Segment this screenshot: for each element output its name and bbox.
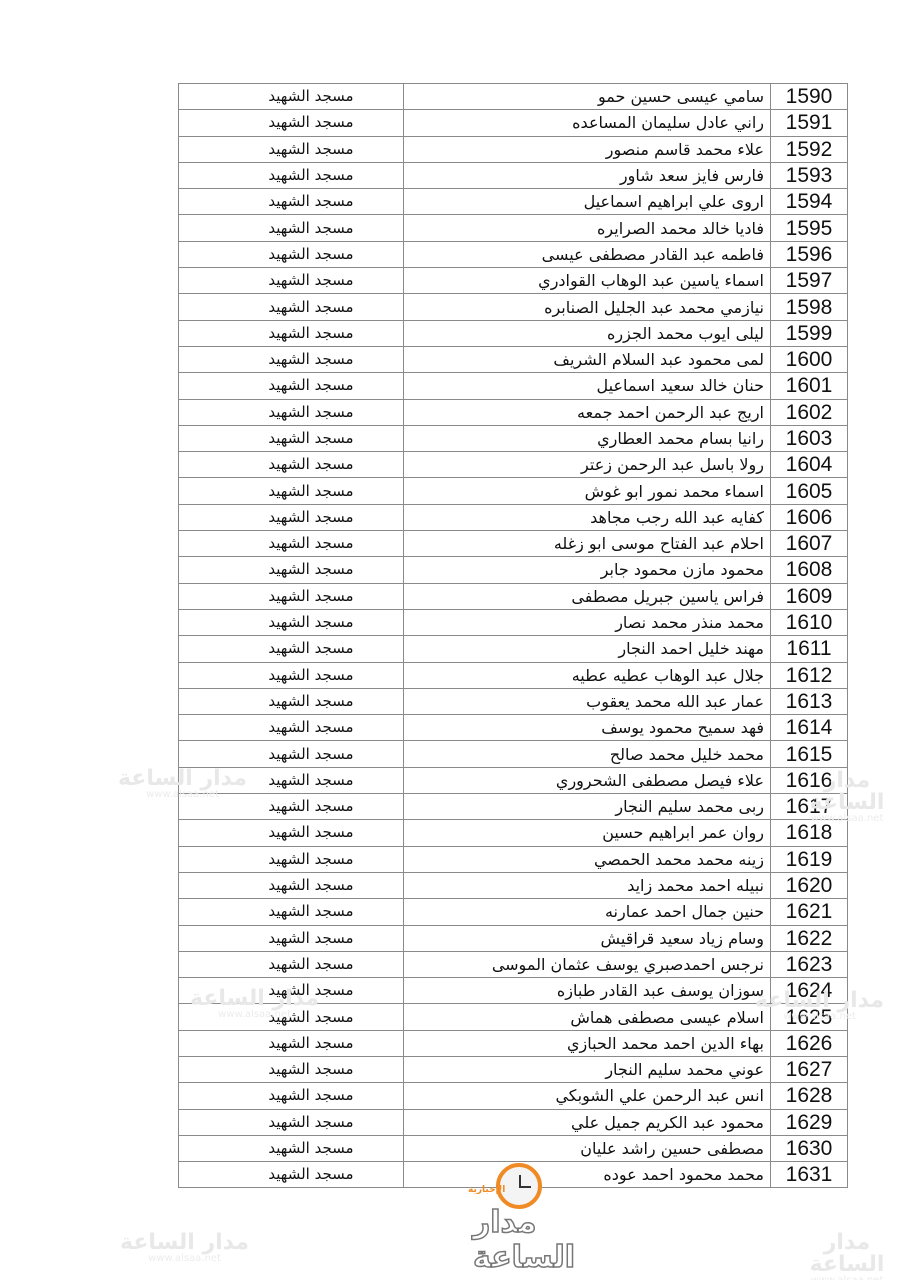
person-name: نرجس احمدصبري يوسف عثمان الموسى bbox=[404, 951, 771, 977]
table-row: 1630مصطفى حسين راشد عليانمسجد الشهيد bbox=[179, 1135, 848, 1161]
table-row: 1595فاديا خالد محمد الصرايرهمسجد الشهيد bbox=[179, 215, 848, 241]
person-name: ليلى ايوب محمد الجزره bbox=[404, 320, 771, 346]
location-cell: مسجد الشهيد bbox=[179, 189, 404, 215]
table-row: 1622وسام زياد سعيد قراقيشمسجد الشهيد bbox=[179, 925, 848, 951]
location-text: مسجد الشهيد bbox=[268, 587, 353, 605]
location-text: مسجد الشهيد bbox=[268, 376, 353, 394]
watermark-url: www.alsaa.net bbox=[790, 1276, 904, 1280]
table-row: 1611مهند خليل احمد النجارمسجد الشهيد bbox=[179, 636, 848, 662]
location-text: مسجد الشهيد bbox=[268, 1060, 353, 1078]
location-text: مسجد الشهيد bbox=[268, 1139, 353, 1157]
row-number: 1621 bbox=[771, 899, 848, 925]
row-number: 1602 bbox=[771, 399, 848, 425]
roster-table: 1590سامي عيسى حسين حمومسجد الشهيد1591ران… bbox=[178, 83, 848, 1188]
person-name: علاء فيصل مصطفى الشحروري bbox=[404, 767, 771, 793]
person-name: انس عبد الرحمن علي الشوبكي bbox=[404, 1083, 771, 1109]
table-row: 1612جلال عبد الوهاب عطيه عطيهمسجد الشهيد bbox=[179, 662, 848, 688]
table-row: 1610محمد منذر محمد نصارمسجد الشهيد bbox=[179, 609, 848, 635]
location-cell: مسجد الشهيد bbox=[179, 478, 404, 504]
location-text: مسجد الشهيد bbox=[268, 666, 353, 684]
location-text: مسجد الشهيد bbox=[268, 455, 353, 473]
person-name: ربى محمد سليم النجار bbox=[404, 794, 771, 820]
location-cell: مسجد الشهيد bbox=[179, 1109, 404, 1135]
person-name: سامي عيسى حسين حمو bbox=[404, 84, 771, 110]
person-name: فهد سميح محمود يوسف bbox=[404, 715, 771, 741]
table-row: 1618روان عمر ابراهيم حسينمسجد الشهيد bbox=[179, 820, 848, 846]
location-cell: مسجد الشهيد bbox=[179, 899, 404, 925]
location-text: مسجد الشهيد bbox=[268, 429, 353, 447]
table-row: 1599ليلى ايوب محمد الجزرهمسجد الشهيد bbox=[179, 320, 848, 346]
row-number: 1595 bbox=[771, 215, 848, 241]
person-name: جلال عبد الوهاب عطيه عطيه bbox=[404, 662, 771, 688]
person-name: نبيله احمد محمد زايد bbox=[404, 872, 771, 898]
location-cell: مسجد الشهيد bbox=[179, 84, 404, 110]
row-number: 1613 bbox=[771, 688, 848, 714]
location-text: مسجد الشهيد bbox=[268, 1113, 353, 1131]
row-number: 1608 bbox=[771, 557, 848, 583]
row-number: 1601 bbox=[771, 373, 848, 399]
location-cell: مسجد الشهيد bbox=[179, 241, 404, 267]
row-number: 1630 bbox=[771, 1135, 848, 1161]
location-text: مسجد الشهيد bbox=[268, 219, 353, 237]
row-number: 1590 bbox=[771, 84, 848, 110]
table-row: 1617ربى محمد سليم النجارمسجد الشهيد bbox=[179, 794, 848, 820]
location-text: مسجد الشهيد bbox=[268, 929, 353, 947]
location-cell: مسجد الشهيد bbox=[179, 452, 404, 478]
watermark-url: www.alsaa.net bbox=[190, 1010, 319, 1020]
table-row: 1594اروى علي ابراهيم اسماعيلمسجد الشهيد bbox=[179, 189, 848, 215]
location-text: مسجد الشهيد bbox=[268, 87, 353, 105]
location-text: مسجد الشهيد bbox=[268, 192, 353, 210]
row-number: 1622 bbox=[771, 925, 848, 951]
location-text: مسجد الشهيد bbox=[268, 613, 353, 631]
location-text: مسجد الشهيد bbox=[268, 823, 353, 841]
location-cell: مسجد الشهيد bbox=[179, 1135, 404, 1161]
table-row: 1597اسماء ياسين عبد الوهاب القوادريمسجد … bbox=[179, 268, 848, 294]
location-text: مسجد الشهيد bbox=[268, 482, 353, 500]
watermark-center-left: مدار الساعة www.alsaa.net bbox=[190, 988, 319, 1020]
person-name: اسماء ياسين عبد الوهاب القوادري bbox=[404, 268, 771, 294]
location-text: مسجد الشهيد bbox=[268, 140, 353, 158]
row-number: 1603 bbox=[771, 425, 848, 451]
location-cell: مسجد الشهيد bbox=[179, 609, 404, 635]
person-name: لمى محمود عبد السلام الشريف bbox=[404, 346, 771, 372]
location-cell: مسجد الشهيد bbox=[179, 215, 404, 241]
row-number: 1610 bbox=[771, 609, 848, 635]
table-row: 1623نرجس احمدصبري يوسف عثمان الموسىمسجد … bbox=[179, 951, 848, 977]
person-name: محمود عبد الكريم جميل علي bbox=[404, 1109, 771, 1135]
row-number: 1600 bbox=[771, 346, 848, 372]
table-row: 1609فراس ياسين جبريل مصطفىمسجد الشهيد bbox=[179, 583, 848, 609]
location-cell: مسجد الشهيد bbox=[179, 715, 404, 741]
table-row: 1613عمار عبد الله محمد يعقوبمسجد الشهيد bbox=[179, 688, 848, 714]
person-name: عمار عبد الله محمد يعقوب bbox=[404, 688, 771, 714]
watermark-url: www.alsaa.net bbox=[120, 1254, 249, 1264]
location-text: مسجد الشهيد bbox=[268, 166, 353, 184]
person-name: علاء محمد قاسم منصور bbox=[404, 136, 771, 162]
person-name: بهاء الدين احمد محمد الحبازي bbox=[404, 1030, 771, 1056]
table-row: 1629محمود عبد الكريم جميل عليمسجد الشهيد bbox=[179, 1109, 848, 1135]
person-name: اريج عبد الرحمن احمد جمعه bbox=[404, 399, 771, 425]
watermark-brand: مدار الساعة bbox=[790, 770, 904, 814]
location-cell: مسجد الشهيد bbox=[179, 1162, 404, 1188]
person-name: فاطمه عبد القادر مصطفى عيسى bbox=[404, 241, 771, 267]
person-name: اسلام عيسى مصطفى هماش bbox=[404, 1004, 771, 1030]
location-text: مسجد الشهيد bbox=[268, 692, 353, 710]
location-cell: مسجد الشهيد bbox=[179, 1056, 404, 1082]
person-name: كفايه عبد الله رجب مجاهد bbox=[404, 504, 771, 530]
location-text: مسجد الشهيد bbox=[268, 403, 353, 421]
person-name: فراس ياسين جبريل مصطفى bbox=[404, 583, 771, 609]
table-row: 1627عوني محمد سليم النجارمسجد الشهيد bbox=[179, 1056, 848, 1082]
row-number: 1629 bbox=[771, 1109, 848, 1135]
location-cell: مسجد الشهيد bbox=[179, 162, 404, 188]
row-number: 1619 bbox=[771, 846, 848, 872]
logo-brand-text: مدار الساعة bbox=[473, 1205, 578, 1275]
location-text: مسجد الشهيد bbox=[268, 876, 353, 894]
table-row: 1606كفايه عبد الله رجب مجاهدمسجد الشهيد bbox=[179, 504, 848, 530]
watermark-center-right: مدار الساعة www.alsaa.net bbox=[755, 990, 884, 1022]
location-cell: مسجد الشهيد bbox=[179, 373, 404, 399]
person-name: حنان خالد سعيد اسماعيل bbox=[404, 373, 771, 399]
person-name: رولا باسل عبد الرحمن زعتر bbox=[404, 452, 771, 478]
location-cell: مسجد الشهيد bbox=[179, 951, 404, 977]
row-number: 1627 bbox=[771, 1056, 848, 1082]
location-text: مسجد الشهيد bbox=[268, 324, 353, 342]
location-text: مسجد الشهيد bbox=[268, 639, 353, 657]
watermark-brand: مدار الساعة bbox=[755, 990, 884, 1012]
location-cell: مسجد الشهيد bbox=[179, 110, 404, 136]
row-number: 1605 bbox=[771, 478, 848, 504]
table-row: 1619زينه محمد محمد الحمصيمسجد الشهيد bbox=[179, 846, 848, 872]
roster-table-body: 1590سامي عيسى حسين حمومسجد الشهيد1591ران… bbox=[179, 84, 848, 1188]
table-row: 1628انس عبد الرحمن علي الشوبكيمسجد الشهي… bbox=[179, 1083, 848, 1109]
location-cell: مسجد الشهيد bbox=[179, 820, 404, 846]
person-name: عوني محمد سليم النجار bbox=[404, 1056, 771, 1082]
person-name: اروى علي ابراهيم اسماعيل bbox=[404, 189, 771, 215]
row-number: 1607 bbox=[771, 531, 848, 557]
person-name: حنين جمال احمد عمارنه bbox=[404, 899, 771, 925]
row-number: 1597 bbox=[771, 268, 848, 294]
table-row: 1621حنين جمال احمد عمارنهمسجد الشهيد bbox=[179, 899, 848, 925]
location-text: مسجد الشهيد bbox=[268, 718, 353, 736]
watermark-brand: مدار الساعة bbox=[790, 1232, 904, 1276]
row-number: 1612 bbox=[771, 662, 848, 688]
watermark-brand: مدار الساعة bbox=[190, 988, 319, 1010]
location-cell: مسجد الشهيد bbox=[179, 346, 404, 372]
location-cell: مسجد الشهيد bbox=[179, 662, 404, 688]
location-cell: مسجد الشهيد bbox=[179, 320, 404, 346]
row-number: 1631 bbox=[771, 1162, 848, 1188]
location-text: مسجد الشهيد bbox=[268, 850, 353, 868]
watermark-right: مدار الساعة www.alsaa.net bbox=[790, 770, 904, 824]
row-number: 1620 bbox=[771, 872, 848, 898]
person-name: سوزان يوسف عبد القادر طبازه bbox=[404, 978, 771, 1004]
row-number: 1611 bbox=[771, 636, 848, 662]
location-cell: مسجد الشهيد bbox=[179, 557, 404, 583]
person-name: احلام عبد الفتاح موسى ابو زغله bbox=[404, 531, 771, 557]
location-cell: مسجد الشهيد bbox=[179, 636, 404, 662]
table-row: 1604رولا باسل عبد الرحمن زعترمسجد الشهيد bbox=[179, 452, 848, 478]
row-number: 1623 bbox=[771, 951, 848, 977]
location-text: مسجد الشهيد bbox=[268, 797, 353, 815]
person-name: زينه محمد محمد الحمصي bbox=[404, 846, 771, 872]
table-row: 1605اسماء محمد نمور ابو غوشمسجد الشهيد bbox=[179, 478, 848, 504]
row-number: 1604 bbox=[771, 452, 848, 478]
watermark-url: www.alsaa.net bbox=[755, 1012, 884, 1022]
table-row: 1615محمد خليل محمد صالحمسجد الشهيد bbox=[179, 741, 848, 767]
row-number: 1594 bbox=[771, 189, 848, 215]
row-number: 1596 bbox=[771, 241, 848, 267]
location-cell: مسجد الشهيد bbox=[179, 688, 404, 714]
table-row: 1614فهد سميح محمود يوسفمسجد الشهيد bbox=[179, 715, 848, 741]
location-cell: مسجد الشهيد bbox=[179, 294, 404, 320]
location-text: مسجد الشهيد bbox=[268, 271, 353, 289]
location-text: مسجد الشهيد bbox=[268, 560, 353, 578]
watermark-left: مدار الساعة www.alsaa.net bbox=[118, 768, 247, 800]
table-row: 1598نيازمي محمد عبد الجليل الصنابرهمسجد … bbox=[179, 294, 848, 320]
table-row: 1620نبيله احمد محمد زايدمسجد الشهيد bbox=[179, 872, 848, 898]
location-cell: مسجد الشهيد bbox=[179, 504, 404, 530]
table-row: 1602اريج عبد الرحمن احمد جمعهمسجد الشهيد bbox=[179, 399, 848, 425]
location-text: مسجد الشهيد bbox=[268, 1086, 353, 1104]
person-name: روان عمر ابراهيم حسين bbox=[404, 820, 771, 846]
table-row: 1592علاء محمد قاسم منصورمسجد الشهيد bbox=[179, 136, 848, 162]
row-number: 1628 bbox=[771, 1083, 848, 1109]
table-row: 1626بهاء الدين احمد محمد الحبازيمسجد الش… bbox=[179, 1030, 848, 1056]
document-page: 1590سامي عيسى حسين حمومسجد الشهيد1591ران… bbox=[0, 0, 904, 1280]
person-name: نيازمي محمد عبد الجليل الصنابره bbox=[404, 294, 771, 320]
location-text: مسجد الشهيد bbox=[268, 902, 353, 920]
location-text: مسجد الشهيد bbox=[268, 1165, 353, 1183]
location-text: مسجد الشهيد bbox=[268, 1034, 353, 1052]
person-name: مهند خليل احمد النجار bbox=[404, 636, 771, 662]
person-name: محمود مازن محمود جابر bbox=[404, 557, 771, 583]
table-row: 1603رانيا بسام محمد العطاريمسجد الشهيد bbox=[179, 425, 848, 451]
watermark-bottom-left: مدار الساعة www.alsaa.net bbox=[120, 1232, 249, 1264]
person-name: رانيا بسام محمد العطاري bbox=[404, 425, 771, 451]
person-name: مصطفى حسين راشد عليان bbox=[404, 1135, 771, 1161]
table-row: 1591راني عادل سليمان المساعدهمسجد الشهيد bbox=[179, 110, 848, 136]
row-number: 1626 bbox=[771, 1030, 848, 1056]
location-cell: مسجد الشهيد bbox=[179, 268, 404, 294]
person-name: محمد منذر محمد نصار bbox=[404, 609, 771, 635]
person-name: وسام زياد سعيد قراقيش bbox=[404, 925, 771, 951]
table-row: 1607احلام عبد الفتاح موسى ابو زغلهمسجد ا… bbox=[179, 531, 848, 557]
row-number: 1593 bbox=[771, 162, 848, 188]
location-cell: مسجد الشهيد bbox=[179, 741, 404, 767]
location-cell: مسجد الشهيد bbox=[179, 872, 404, 898]
watermark-brand: مدار الساعة bbox=[120, 1232, 249, 1254]
person-name: فارس فايز سعد شاور bbox=[404, 162, 771, 188]
location-text: مسجد الشهيد bbox=[268, 745, 353, 763]
person-name: فاديا خالد محمد الصرايره bbox=[404, 215, 771, 241]
row-number: 1599 bbox=[771, 320, 848, 346]
location-cell: مسجد الشهيد bbox=[179, 1083, 404, 1109]
location-text: مسجد الشهيد bbox=[268, 508, 353, 526]
person-name: راني عادل سليمان المساعده bbox=[404, 110, 771, 136]
person-name: محمد محمود احمد عوده bbox=[404, 1162, 771, 1188]
table-row: 1600لمى محمود عبد السلام الشريفمسجد الشه… bbox=[179, 346, 848, 372]
location-text: مسجد الشهيد bbox=[268, 534, 353, 552]
location-text: مسجد الشهيد bbox=[268, 771, 353, 789]
row-number: 1598 bbox=[771, 294, 848, 320]
location-cell: مسجد الشهيد bbox=[179, 531, 404, 557]
watermark-url: www.alsaa.net bbox=[790, 814, 904, 824]
row-number: 1609 bbox=[771, 583, 848, 609]
table-row: 1601حنان خالد سعيد اسماعيلمسجد الشهيد bbox=[179, 373, 848, 399]
location-cell: مسجد الشهيد bbox=[179, 136, 404, 162]
table-row: 1593فارس فايز سعد شاورمسجد الشهيد bbox=[179, 162, 848, 188]
location-text: مسجد الشهيد bbox=[268, 245, 353, 263]
location-cell: مسجد الشهيد bbox=[179, 846, 404, 872]
row-number: 1614 bbox=[771, 715, 848, 741]
watermark-bottom-right: مدار الساعة www.alsaa.net bbox=[790, 1232, 904, 1280]
logo-tagline: الإخبارية bbox=[468, 1185, 505, 1195]
row-number: 1615 bbox=[771, 741, 848, 767]
location-text: مسجد الشهيد bbox=[268, 113, 353, 131]
location-cell: مسجد الشهيد bbox=[179, 1030, 404, 1056]
row-number: 1606 bbox=[771, 504, 848, 530]
table-row: 1590سامي عيسى حسين حمومسجد الشهيد bbox=[179, 84, 848, 110]
watermark-url: www.alsaa.net bbox=[118, 790, 247, 800]
location-cell: مسجد الشهيد bbox=[179, 425, 404, 451]
brand-logo: الإخبارية مدار الساعة bbox=[468, 1163, 578, 1243]
location-cell: مسجد الشهيد bbox=[179, 399, 404, 425]
location-cell: مسجد الشهيد bbox=[179, 583, 404, 609]
location-cell: مسجد الشهيد bbox=[179, 925, 404, 951]
location-text: مسجد الشهيد bbox=[268, 955, 353, 973]
location-text: مسجد الشهيد bbox=[268, 350, 353, 368]
table-row: 1616علاء فيصل مصطفى الشحروريمسجد الشهيد bbox=[179, 767, 848, 793]
person-name: محمد خليل محمد صالح bbox=[404, 741, 771, 767]
table-row: 1608محمود مازن محمود جابرمسجد الشهيد bbox=[179, 557, 848, 583]
table-row: 1596فاطمه عبد القادر مصطفى عيسىمسجد الشه… bbox=[179, 241, 848, 267]
watermark-brand: مدار الساعة bbox=[118, 768, 247, 790]
row-number: 1592 bbox=[771, 136, 848, 162]
person-name: اسماء محمد نمور ابو غوش bbox=[404, 478, 771, 504]
location-text: مسجد الشهيد bbox=[268, 298, 353, 316]
row-number: 1591 bbox=[771, 110, 848, 136]
